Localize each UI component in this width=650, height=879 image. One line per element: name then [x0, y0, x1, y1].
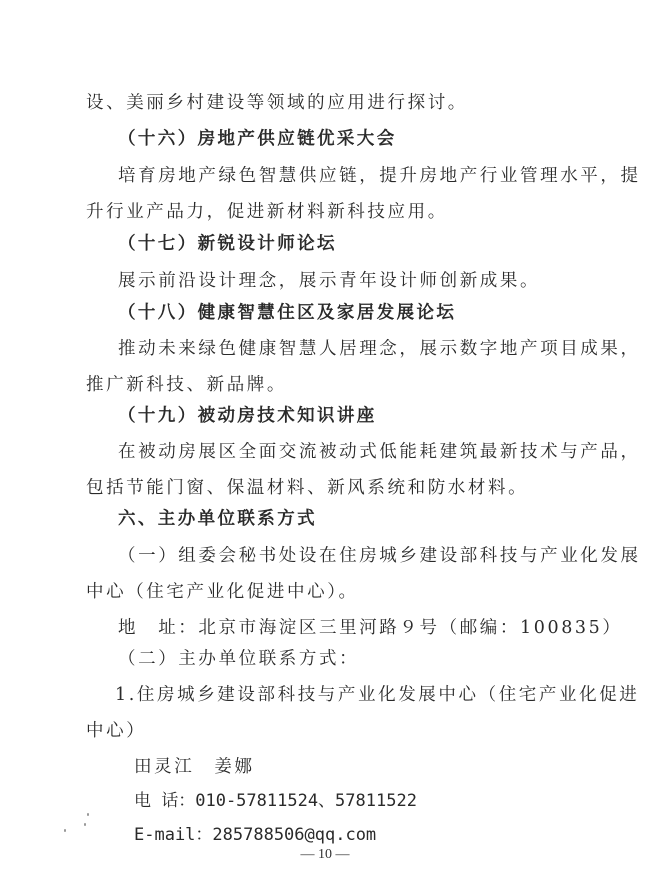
address-line: 地 址：北京市海淀区三里河路９号（邮编：100835）: [118, 617, 623, 639]
scan-speck: [84, 823, 86, 826]
body-text: 中心（住宅产业化促进中心）。: [86, 581, 359, 603]
phone-line: 电 话：010-57811524、57811522: [134, 790, 417, 812]
organization-line: 1.住房城乡建设部科技与产业化发展中心（住宅产业化促进: [115, 684, 639, 706]
body-text: 中心）: [86, 720, 146, 742]
section-heading-17: （十七）新锐设计师论坛: [118, 233, 337, 255]
section-heading-18: （十八）健康智慧住区及家居发展论坛: [118, 302, 456, 324]
body-text: 展示前沿设计理念，展示青年设计师创新成果。: [118, 270, 540, 292]
section-heading-16: （十六）房地产供应链优采大会: [118, 128, 397, 150]
body-text: 包括节能门窗、保温材料、新风系统和防水材料。: [86, 477, 528, 499]
contact-names: 田灵江 姜娜: [134, 756, 255, 778]
body-text: 设、美丽乡村建设等领域的应用进行探讨。: [86, 92, 468, 114]
page-number: — 10 —: [0, 847, 650, 863]
body-text: 升行业产品力，促进新材料新科技应用。: [86, 201, 448, 223]
scan-speck: [87, 813, 89, 816]
body-text: 推动未来绿色健康智慧人居理念，展示数字地产项目成果，: [118, 338, 641, 360]
document-page: 设、美丽乡村建设等领域的应用进行探讨。 （十六）房地产供应链优采大会 培育房地产…: [0, 0, 650, 879]
section-heading-6: 六、主办单位联系方式: [118, 508, 317, 530]
email-line: E-mail：285788506@qq.com: [134, 824, 376, 846]
body-text: 推广新科技、新品牌。: [86, 374, 287, 396]
body-text: 在被动房展区全面交流被动式低能耗建筑最新技术与产品，: [118, 441, 641, 463]
subsection-label: （二）主办单位联系方式：: [118, 648, 359, 670]
body-text: 培育房地产绿色智慧供应链，提升房地产行业管理水平，提: [118, 165, 641, 187]
section-heading-19: （十九）被动房技术知识讲座: [118, 405, 377, 427]
body-text: （一）组委会秘书处设在住房城乡建设部科技与产业化发展: [118, 545, 641, 567]
scan-speck: [64, 829, 66, 832]
